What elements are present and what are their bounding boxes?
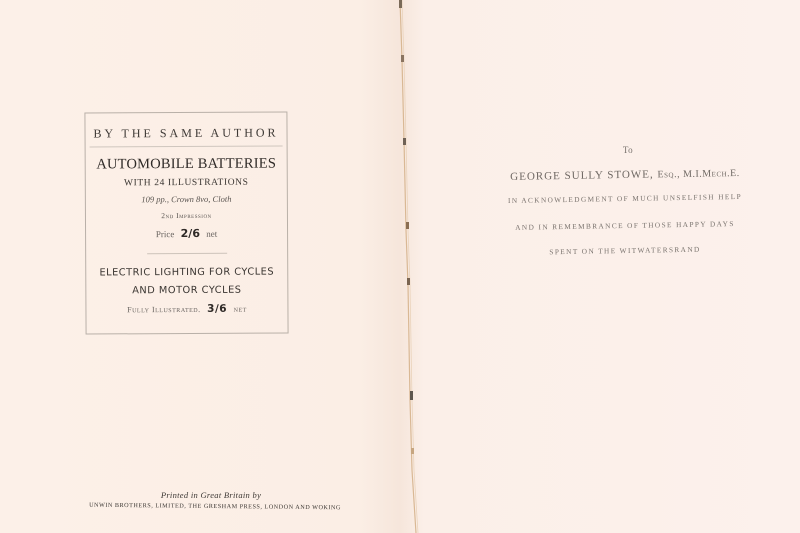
imprint-line2: UNWIN BROTHERS, LIMITED, THE GRESHAM PRE… xyxy=(70,501,360,511)
book2-title: ELECTRIC LIGHTING FOR CYCLES AND MOTOR C… xyxy=(86,263,287,300)
dedicatee-honorific: Esq., M.I.Mech.E. xyxy=(657,168,739,180)
dedication-line2: AND IN REMEMBRANCE OF THOSE HAPPY DAYS xyxy=(470,218,780,232)
book1-price-amount: 2/6 xyxy=(181,227,200,240)
dedicatee-name: GEORGE SULLY STOWE, xyxy=(510,168,654,183)
left-page: BY THE SAME AUTHOR AUTOMOBILE BATTERIES … xyxy=(0,0,405,533)
book2-price: Fully Illustrated. 3/6 net xyxy=(86,302,287,315)
book1-price-label: Price xyxy=(156,229,175,239)
book2-price-amount: 3/6 xyxy=(207,303,227,315)
book1-price-suffix: net xyxy=(206,229,217,239)
printer-imprint: Printed in Great Britain by UNWIN BROTHE… xyxy=(70,490,360,510)
imprint-line1: Printed in Great Britain by xyxy=(62,490,360,500)
book2-price-suffix: net xyxy=(234,305,247,314)
dedication: To GEORGE SULLY STOWE, Esq., M.I.Mech.E.… xyxy=(470,145,780,255)
book1-impression: 2nd Impression xyxy=(86,210,287,220)
book-spread: BY THE SAME AUTHOR AUTOMOBILE BATTERIES … xyxy=(0,0,800,533)
dedication-line1: IN ACKNOWLEDGMENT OF MUCH UNSELFISH HELP xyxy=(470,191,780,205)
book1-title: AUTOMOBILE BATTERIES xyxy=(86,155,287,173)
book2-title-line1: ELECTRIC LIGHTING FOR CYCLES xyxy=(86,263,287,282)
book1-details: 109 pp., Crown 8vo, Cloth xyxy=(86,193,287,204)
dedication-name: GEORGE SULLY STOWE, Esq., M.I.Mech.E. xyxy=(470,166,780,183)
book1-illustrations: WITH 24 ILLUSTRATIONS xyxy=(86,177,287,188)
ad-header: BY THE SAME AUTHOR xyxy=(89,112,282,147)
right-page xyxy=(415,0,800,533)
ad-divider xyxy=(147,253,227,254)
book2-illustrated: Fully Illustrated. xyxy=(127,305,201,314)
dedication-to: To xyxy=(476,145,780,155)
book2-title-line2: AND MOTOR CYCLES xyxy=(86,281,287,300)
advertisement-box: BY THE SAME AUTHOR AUTOMOBILE BATTERIES … xyxy=(84,111,288,334)
book1-price: Price 2/6 net xyxy=(86,226,287,240)
